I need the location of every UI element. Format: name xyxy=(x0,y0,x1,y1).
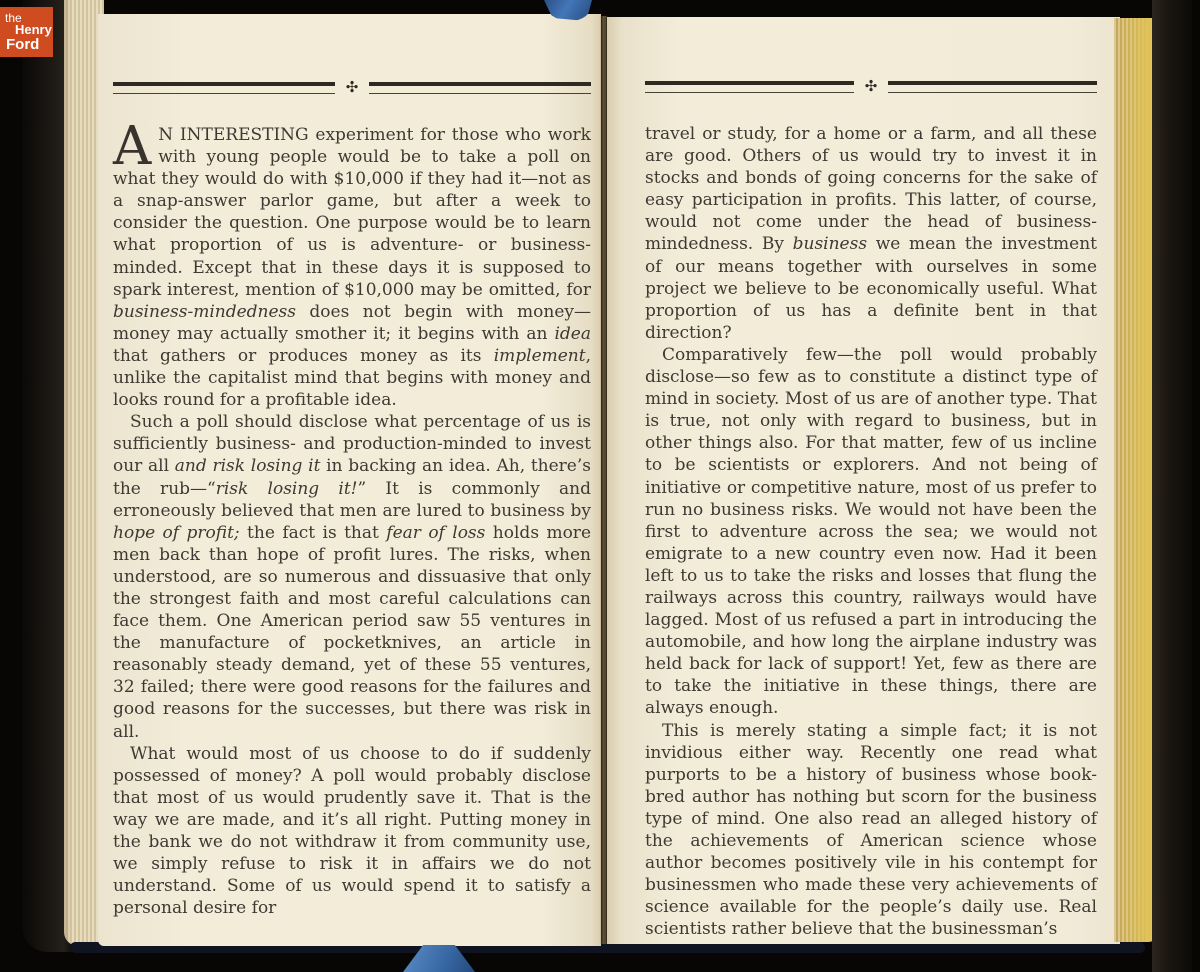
right-page-text: travel or study, for a home or a farm, a… xyxy=(645,123,1097,940)
logo-word-henry: Henry xyxy=(15,23,52,36)
paragraph: This is merely stating a simple fact; it… xyxy=(645,720,1097,941)
paragraph: What would most of us choose to do if su… xyxy=(113,743,591,920)
book-cover-right-edge xyxy=(1152,0,1192,972)
rule-segment xyxy=(645,81,854,93)
book-photo: ✣ AN INTERESTING experiment for those wh… xyxy=(0,0,1200,972)
right-page-head-rule: ✣ xyxy=(645,79,1097,94)
right-page: ✣ travel or study, for a home or a farm,… xyxy=(607,17,1120,944)
paragraph: Comparatively few—the poll would probabl… xyxy=(645,344,1097,720)
drop-cap: A xyxy=(113,124,158,167)
left-page: ✣ AN INTERESTING experiment for those wh… xyxy=(98,14,601,946)
henry-ford-logo: the Henry Ford xyxy=(0,7,53,57)
fleuron-ornament-icon: ✣ xyxy=(854,79,889,94)
left-page-head-rule: ✣ xyxy=(113,80,591,95)
paragraph: travel or study, for a home or a farm, a… xyxy=(645,123,1097,344)
rule-segment xyxy=(113,82,335,94)
paragraph: AN INTERESTING experiment for those who … xyxy=(113,124,591,411)
rule-segment xyxy=(369,82,591,94)
logo-word-ford: Ford xyxy=(6,37,39,52)
fleuron-ornament-icon: ✣ xyxy=(335,80,370,95)
paragraph: Such a poll should disclose what percent… xyxy=(113,411,591,742)
rule-segment xyxy=(888,81,1097,93)
left-page-text: AN INTERESTING experiment for those who … xyxy=(113,124,591,919)
